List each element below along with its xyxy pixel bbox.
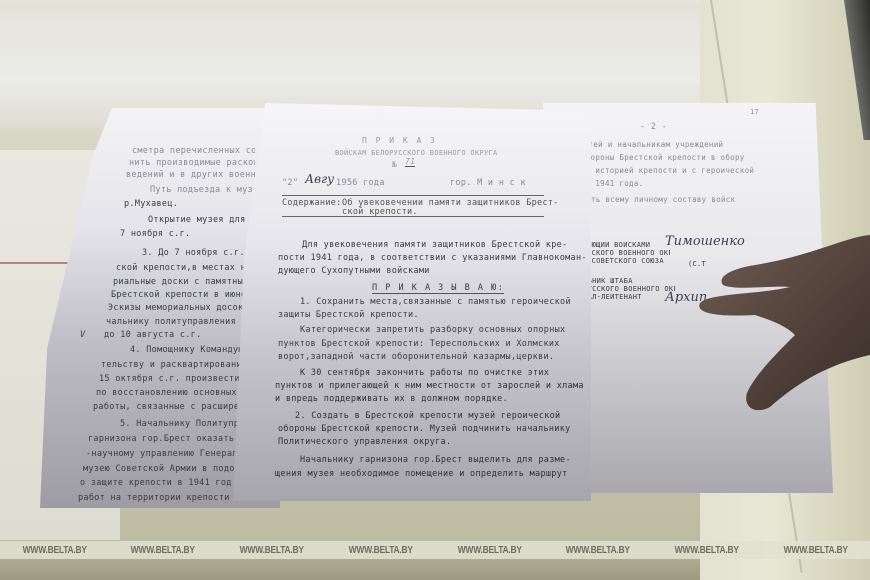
left-sheet-line: 7 ноября с.г. (120, 229, 190, 239)
left-sheet-line: нить производимые раскопки (129, 158, 255, 168)
left-sheet-line: по восстановлению основных с (96, 388, 248, 398)
watermark-text: WWW.BELTA.BY (675, 545, 739, 556)
left-sheet-line: до 10 августа с.г. (104, 330, 202, 340)
body-line: Категорически запретить разборку основны… (300, 325, 565, 335)
body-line: 2. Создать в Брестской крепости музей ге… (295, 411, 560, 421)
watermark-text: WWW.BELTA.BY (22, 545, 86, 556)
left-sheet-line: Открытие музея для посе (148, 215, 255, 225)
body-line: и впредь поддерживать их в должном поряд… (275, 394, 508, 404)
body-line: Политического управления округа. (278, 437, 451, 447)
body-line: пунктов и прилегающей к ним местности от… (275, 381, 584, 391)
watermark-strip: WWW.BELTA.BYWWW.BELTA.BYWWW.BELTA.BYWWW.… (0, 541, 870, 559)
order-date-month: Авгу (305, 172, 334, 186)
pointing-hand (695, 225, 870, 425)
watermark-text: WWW.BELTA.BY (349, 545, 413, 556)
body-line: щения музея необходимое помещение и опре… (275, 469, 568, 479)
left-sheet-line: о защите крепости в 1941 год (80, 478, 232, 488)
left-sheet-line: работ на территории крепости (78, 493, 230, 503)
body-line: обороны Брестской крепости. Музей подчин… (278, 424, 571, 434)
watermark-text: WWW.BELTA.BY (240, 545, 304, 556)
order-date-year: 1956 года (336, 178, 385, 188)
left-sheet-line: риальные доски с памятными н (113, 277, 255, 287)
order-subtitle: ВОЙСКАМ БЕЛОРУССКОГО ВОЕННОГО ОКРУГА (335, 149, 498, 157)
left-sheet-line: Брестской крепости в июне-ию (111, 290, 255, 300)
left-sheet-line: р.Мухавец. (124, 199, 178, 209)
body-line: защиты Брестской крепости. (278, 310, 419, 320)
left-sheet-line: 3. До 7 ноября с.г. уст (142, 248, 255, 258)
left-sheet-line: чальнику политуправления окр (106, 317, 255, 327)
left-sheet-line: музею Советской Армии в подо (83, 464, 235, 474)
order-date-day: "2" (282, 178, 298, 188)
body-line: 1. Сохранить места,связанные с памятью г… (300, 297, 571, 307)
left-sheet-line: 15 октября с.г. произвести м (99, 374, 251, 384)
watermark-text: WWW.BELTA.BY (131, 545, 195, 556)
body-line: Начальнику гарнизона гор.Брест выделить … (300, 455, 571, 465)
left-sheet-line: Эскизы мемориальных досок и (108, 303, 254, 313)
left-sheet-line: гарнизона гор.Брест оказать (88, 434, 234, 444)
content-label: Содержание: (282, 198, 342, 208)
divider (282, 195, 544, 196)
photo-scene: сметра перечисленных сооружнить производ… (0, 0, 870, 580)
left-sheet-line: ской крепости,в местах наибо (116, 263, 255, 273)
page-number: - 2 - (640, 122, 667, 132)
intro-line: пости 1941 года, в соответствии с указан… (278, 253, 587, 263)
left-sheet-line: 5. Начальнику Политупра (120, 419, 245, 429)
order-command: П Р И К А З Ы В А Ю: (372, 283, 504, 294)
left-sheet-line: тельству и расквартированию (101, 360, 247, 370)
order-number-label: № (392, 160, 397, 169)
watermark-text: WWW.BELTA.BY (457, 545, 521, 556)
watermark-text: WWW.BELTA.BY (784, 545, 848, 556)
watermark-text: WWW.BELTA.BY (566, 545, 630, 556)
order-city: гор. М и н с к (450, 178, 526, 188)
intro-line: Для увековечения памяти защитников Брест… (302, 240, 567, 250)
margin-mark: V (80, 330, 85, 340)
order-number: 71 (405, 157, 415, 167)
order-title: П Р И К А З (362, 136, 437, 145)
divider (282, 216, 544, 217)
left-sheet-line: 4. Помощнику Командующе (130, 345, 255, 355)
intro-line: дующего Сухопутными войсками (278, 266, 430, 276)
body-line: ворот,западной части оборонительной каза… (278, 352, 554, 362)
body-line: пунктов Брестской крепости: Тереспольски… (278, 339, 560, 349)
left-sheet-line: сметра перечисленных сооруж (132, 146, 255, 156)
left-sheet-line: -научному управлению Генерал (86, 449, 238, 459)
left-sheet-line: Путь подъезда к музею с (150, 185, 255, 195)
body-line: К 30 сентября закончить работы по очистк… (300, 368, 549, 378)
corner-mark: 17 (750, 108, 759, 116)
left-sheet-line: ведений и в других военных объ (126, 170, 255, 180)
left-sheet-line: работы, связанные с расширен (93, 402, 245, 412)
